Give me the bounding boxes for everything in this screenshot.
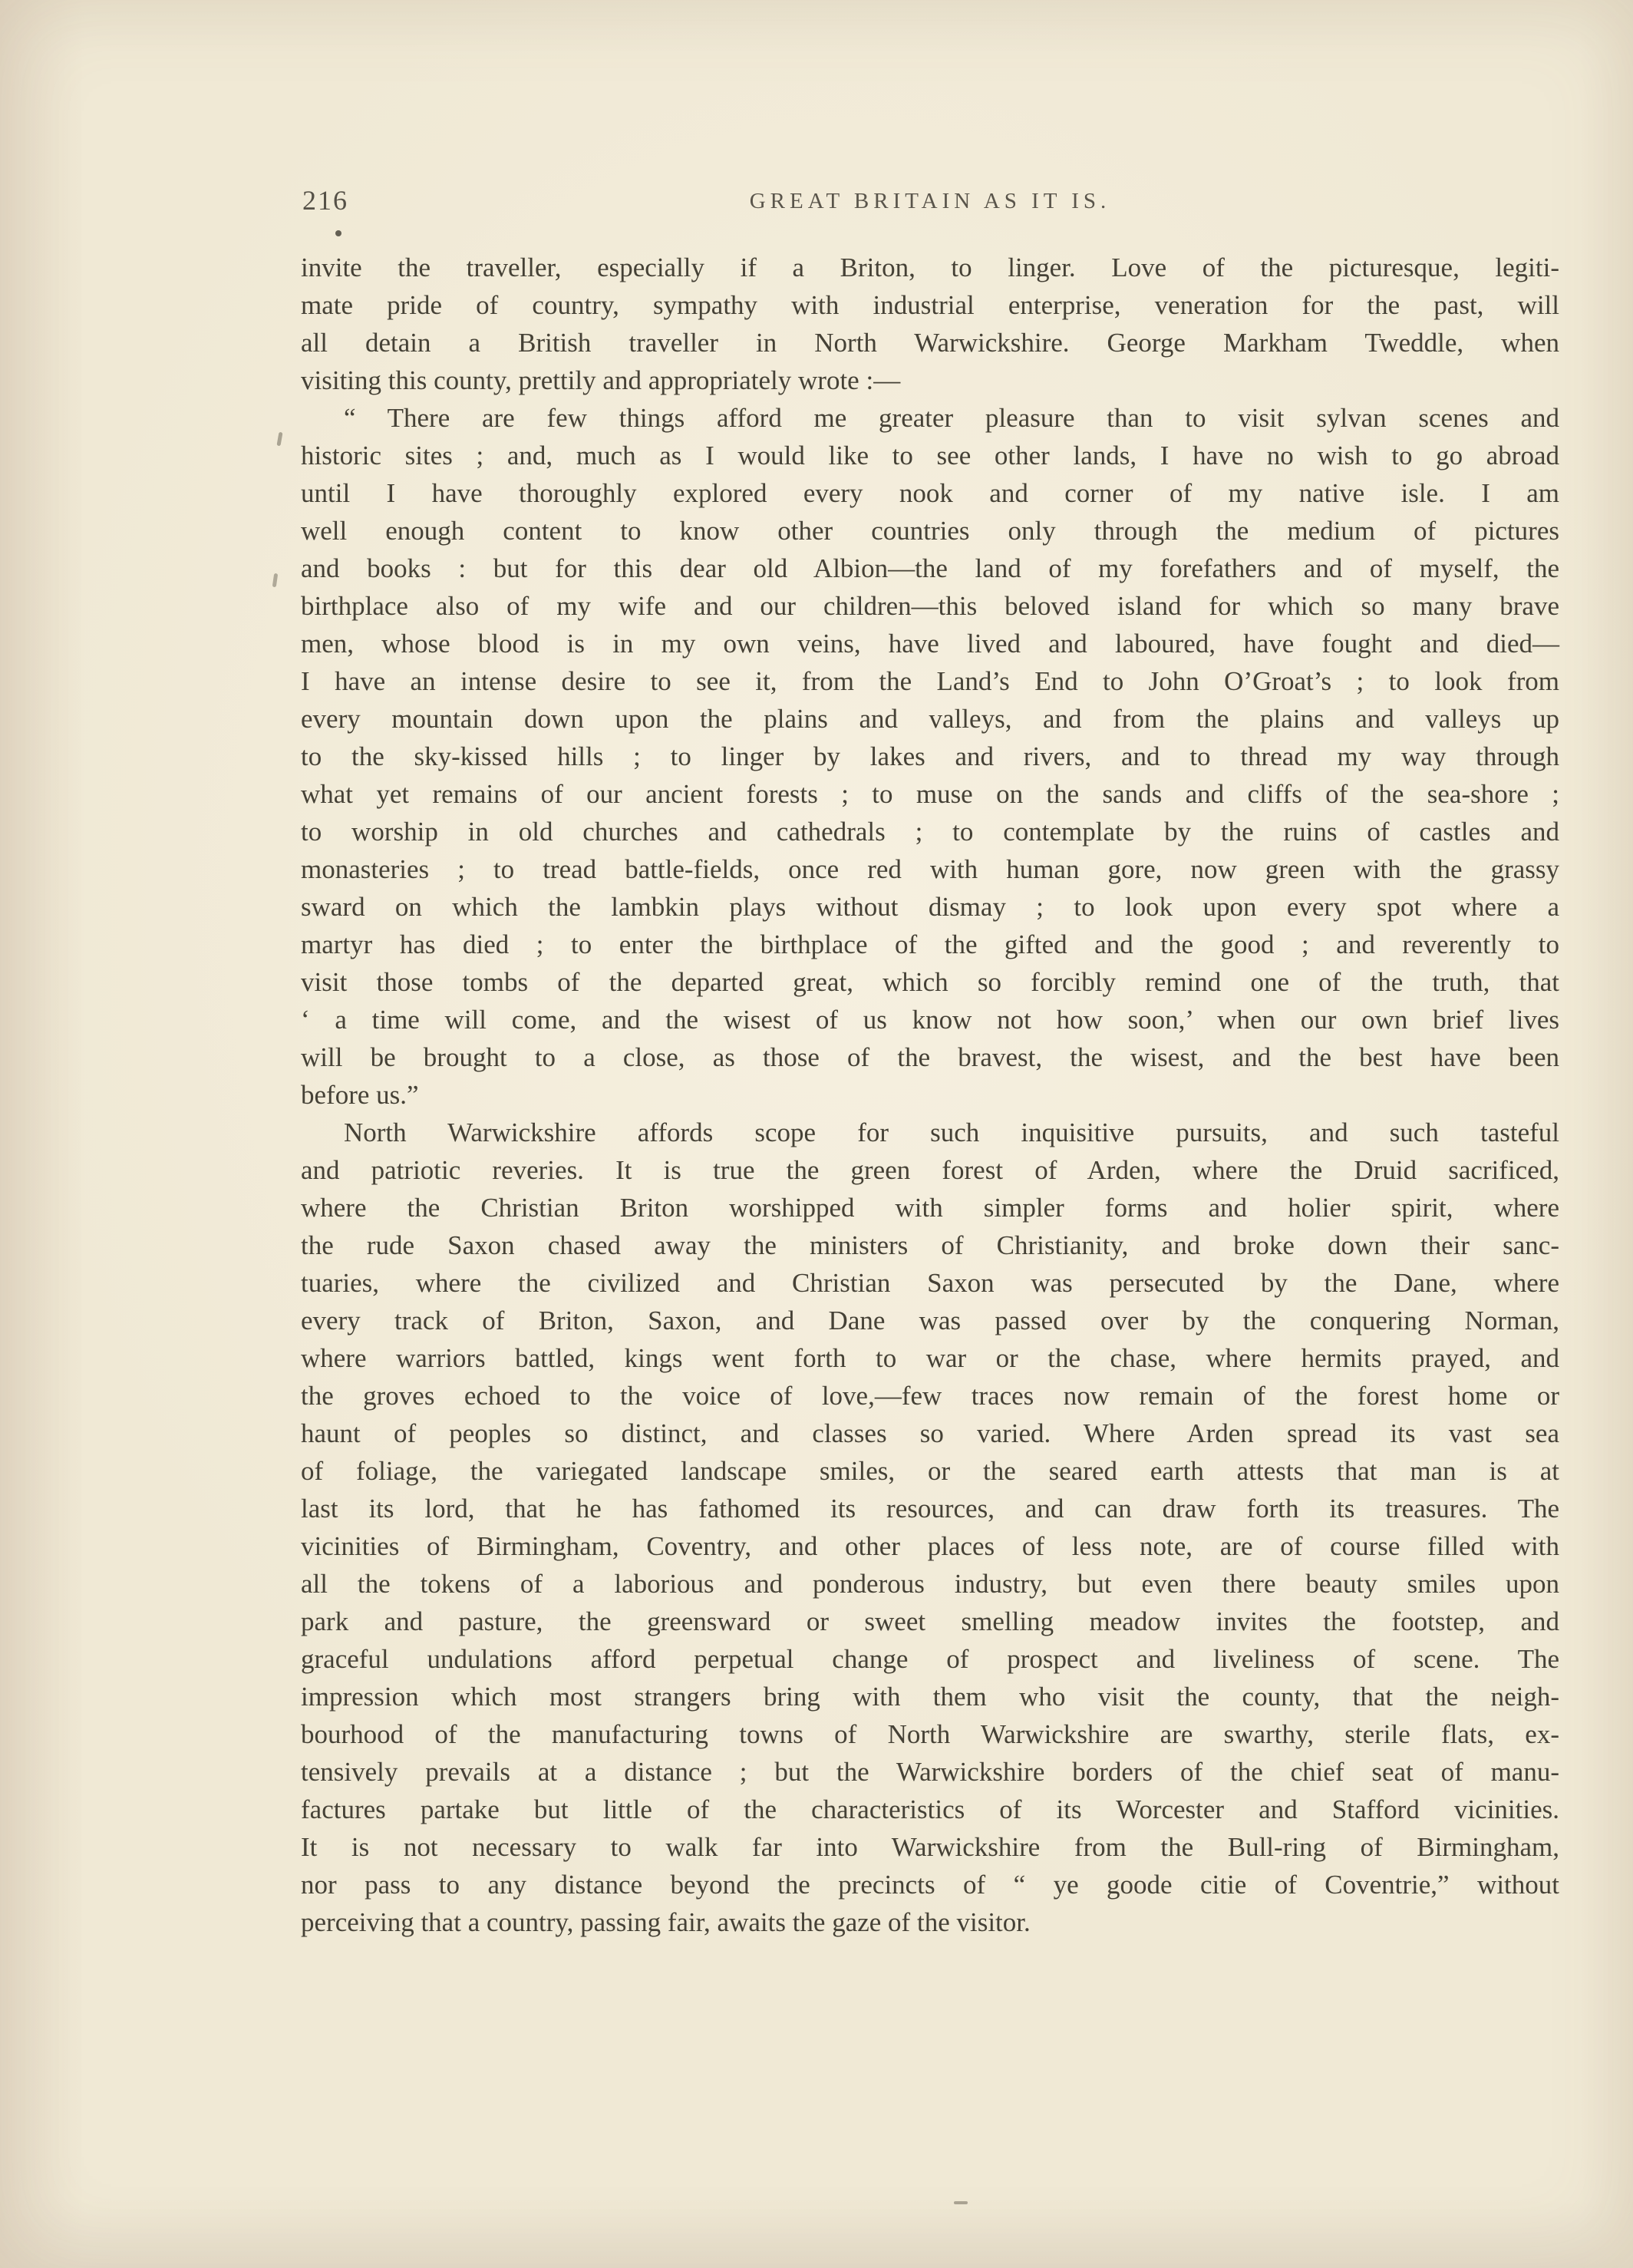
text-line: where warriors battled, kings went forth…: [301, 1339, 1559, 1377]
page-header: 216 GREAT BRITAIN AS IT IS.: [301, 184, 1559, 218]
text-line: I have an intense desire to see it, from…: [301, 662, 1559, 700]
text-line: men, whose blood is in my own veins, hav…: [301, 625, 1559, 662]
text-line: of foliage, the variegated landscape smi…: [301, 1452, 1559, 1490]
ink-speck: [272, 573, 278, 588]
text-line: to the sky-kissed hills ; to linger by l…: [301, 738, 1559, 775]
text-line: invite the traveller, especially if a Br…: [301, 249, 1559, 286]
text-line: before us.”: [301, 1076, 1559, 1114]
text-line: and patriotic reveries. It is true the g…: [301, 1151, 1559, 1189]
text-line: nor pass to any distance beyond the prec…: [301, 1866, 1559, 1903]
running-title: GREAT BRITAIN AS IT IS.: [301, 189, 1559, 214]
text-line: the rude Saxon chased away the ministers…: [301, 1226, 1559, 1264]
text-line: until I have thoroughly explored every n…: [301, 474, 1559, 512]
text-line: visit those tombs of the departed great,…: [301, 963, 1559, 1001]
text-line: well enough content to know other countr…: [301, 512, 1559, 550]
text-line: impression which most strangers bring wi…: [301, 1678, 1559, 1715]
text-line: historic sites ; and, much as I would li…: [301, 437, 1559, 474]
text-line: what yet remains of our ancient forests …: [301, 775, 1559, 813]
text-line: bourhood of the manufacturing towns of N…: [301, 1715, 1559, 1753]
paragraph-continuation: invite the traveller, especially if a Br…: [301, 249, 1559, 399]
ink-speck: [276, 432, 282, 447]
text-line: tuaries, where the civilized and Christi…: [301, 1264, 1559, 1302]
text-line: where the Christian Briton worshipped wi…: [301, 1189, 1559, 1226]
text-line: North Warwickshire affords scope for suc…: [301, 1114, 1559, 1151]
text-line: will be brought to a close, as those of …: [301, 1038, 1559, 1076]
text-line: “ There are few things afford me greater…: [301, 399, 1559, 437]
paragraph-quote: “ There are few things afford me greater…: [301, 399, 1559, 1114]
text-line: perceiving that a country, passing fair,…: [301, 1903, 1559, 1941]
text-line: monasteries ; to tread battle-fields, on…: [301, 850, 1559, 888]
text-line: haunt of peoples so distinct, and classe…: [301, 1415, 1559, 1452]
paragraph-body: North Warwickshire affords scope for suc…: [301, 1114, 1559, 1941]
page-text: invite the traveller, especially if a Br…: [301, 249, 1559, 1941]
text-line: martyr has died ; to enter the birthplac…: [301, 926, 1559, 963]
text-line: It is not necessary to walk far into War…: [301, 1828, 1559, 1866]
ink-speck: [335, 230, 341, 236]
ink-speck: [954, 2201, 968, 2204]
text-line: and books : but for this dear old Albion…: [301, 550, 1559, 587]
text-line: factures partake but little of the chara…: [301, 1791, 1559, 1828]
text-line: graceful undulations afford perpetual ch…: [301, 1640, 1559, 1678]
text-line: ‘ a time will come, and the wisest of us…: [301, 1001, 1559, 1038]
text-line: last its lord, that he has fathomed its …: [301, 1490, 1559, 1527]
text-line: mate pride of country, sympathy with ind…: [301, 286, 1559, 324]
text-line: tensively prevails at a distance ; but t…: [301, 1753, 1559, 1791]
scanned-book-page: 216 GREAT BRITAIN AS IT IS. invite the t…: [0, 0, 1633, 2268]
text-line: every mountain down upon the plains and …: [301, 700, 1559, 738]
text-line: vicinities of Birmingham, Coventry, and …: [301, 1527, 1559, 1565]
text-line: sward on which the lambkin plays without…: [301, 888, 1559, 926]
text-line: visiting this county, prettily and appro…: [301, 361, 1559, 399]
text-line: all detain a British traveller in North …: [301, 324, 1559, 361]
text-line: all the tokens of a laborious and ponder…: [301, 1565, 1559, 1603]
text-line: to worship in old churches and cathedral…: [301, 813, 1559, 850]
text-line: birthplace also of my wife and our child…: [301, 587, 1559, 625]
text-line: every track of Briton, Saxon, and Dane w…: [301, 1302, 1559, 1339]
text-line: the groves echoed to the voice of love,—…: [301, 1377, 1559, 1415]
text-line: park and pasture, the greensward or swee…: [301, 1603, 1559, 1640]
